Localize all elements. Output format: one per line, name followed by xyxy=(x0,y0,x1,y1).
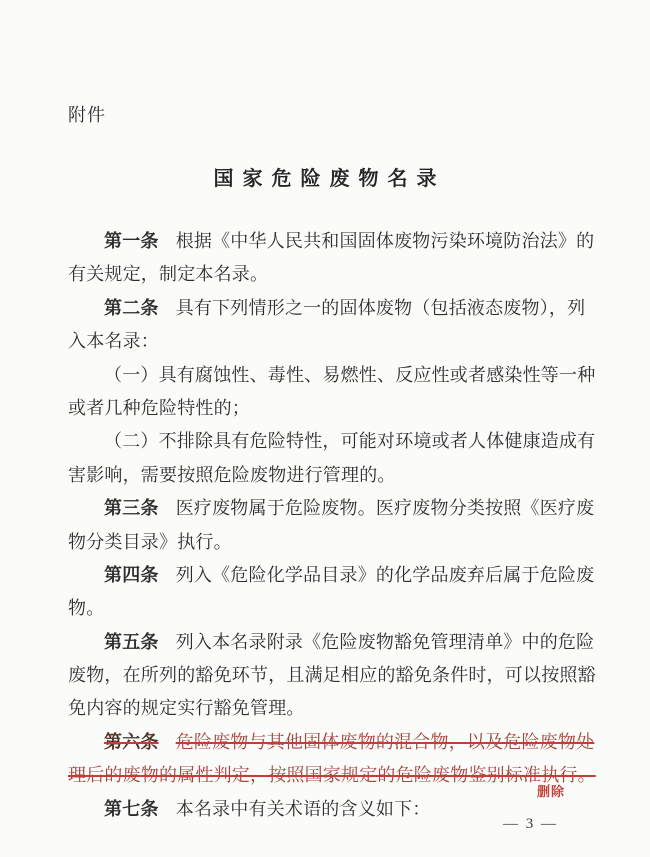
page-number: — 3 — xyxy=(503,816,558,833)
line-text: 害影响，需要按照危险废物进行管理的。 xyxy=(68,465,396,485)
paragraph-line: 废物，在所列的豁免环节，且满足相应的豁免条件时，可以按照豁 xyxy=(68,659,588,692)
paragraph-line: （一）具有腐蚀性、毒性、易燃性、反应性或者感染性等一种 xyxy=(68,359,588,392)
paragraph-line: 物。 xyxy=(68,592,588,625)
line-text: 根据《中华人民共和国固体废物污染环境防治法》的 xyxy=(176,231,595,251)
document-title: 国家危险废物名录 xyxy=(0,162,650,191)
article-number: 第六条 xyxy=(104,732,159,752)
line-text: 有关规定，制定本名录。 xyxy=(68,264,268,284)
paragraph-line: 有关规定，制定本名录。 xyxy=(68,258,588,291)
paragraph-line: 第四条列入《危险化学品目录》的化学品废弃后属于危险废 xyxy=(68,559,588,592)
paragraph-line: 害影响，需要按照危险废物进行管理的。 xyxy=(68,459,588,492)
article-number: 第五条 xyxy=(104,632,159,652)
document-page: 附件 国家危险废物名录 第一条根据《中华人民共和国固体废物污染环境防治法》的 有… xyxy=(0,0,650,857)
line-text: 列入《危险化学品目录》的化学品废弃后属于危险废 xyxy=(176,565,595,585)
line-text: 本名录中有关术语的含义如下： xyxy=(176,799,431,819)
paragraph-line: 入本名录： xyxy=(68,325,588,358)
document-body: 第一条根据《中华人民共和国固体废物污染环境防治法》的 有关规定，制定本名录。 第… xyxy=(68,225,588,826)
line-text: 废物，在所列的豁免环节，且满足相应的豁免条件时，可以按照豁 xyxy=(68,665,596,685)
line-text: （二）不排除具有危险特性，可能对环境或者人体健康造成有 xyxy=(104,431,595,451)
paragraph-line: 第三条医疗废物属于危险废物。医疗废物分类按照《医疗废 xyxy=(68,492,588,525)
line-text: 物。 xyxy=(68,598,104,618)
paragraph-line: 物分类目录》执行。 xyxy=(68,526,588,559)
line-text: 入本名录： xyxy=(68,331,159,351)
line-text: 列入本名录附录《危险废物豁免管理清单》中的危险 xyxy=(176,632,595,652)
line-text: 或者几种危险特性的； xyxy=(68,398,250,418)
article-number: 第一条 xyxy=(104,231,159,251)
delete-annotation: 删除 xyxy=(537,781,565,800)
paragraph-line: 第一条根据《中华人民共和国固体废物污染环境防治法》的 xyxy=(68,225,588,258)
line-text: 具有下列情形之一的固体废物（包括液态废物），列 xyxy=(176,298,586,318)
line-text: 理后的废物的属性判定，按照国家规定的危险废物鉴别标准执行。 xyxy=(68,765,596,785)
line-text: 物分类目录》执行。 xyxy=(68,532,232,552)
attachment-label: 附件 xyxy=(68,101,106,127)
paragraph-line: 免内容的规定实行豁免管理。 xyxy=(68,692,588,725)
article-number: 第四条 xyxy=(104,565,159,585)
paragraph-line-struck: 理后的废物的属性判定，按照国家规定的危险废物鉴别标准执行。 xyxy=(68,759,588,792)
article-number: 第七条 xyxy=(104,799,159,819)
paragraph-line: 第二条具有下列情形之一的固体废物（包括液态废物），列 xyxy=(68,292,588,325)
paragraph-line: 或者几种危险特性的； xyxy=(68,392,588,425)
line-text: 危险废物与其他固体废物的混合物，以及危险废物处 xyxy=(176,732,595,752)
paragraph-line: 第五条列入本名录附录《危险废物豁免管理清单》中的危险 xyxy=(68,626,588,659)
line-text: 医疗废物属于危险废物。医疗废物分类按照《医疗废 xyxy=(176,498,595,518)
paragraph-line-struck: 第六条危险废物与其他固体废物的混合物，以及危险废物处 xyxy=(68,726,588,759)
line-text: （一）具有腐蚀性、毒性、易燃性、反应性或者感染性等一种 xyxy=(104,365,595,385)
article-number: 第二条 xyxy=(104,298,159,318)
paragraph-line: （二）不排除具有危险特性，可能对环境或者人体健康造成有 xyxy=(68,425,588,458)
line-text: 免内容的规定实行豁免管理。 xyxy=(68,698,305,718)
article-number: 第三条 xyxy=(104,498,159,518)
